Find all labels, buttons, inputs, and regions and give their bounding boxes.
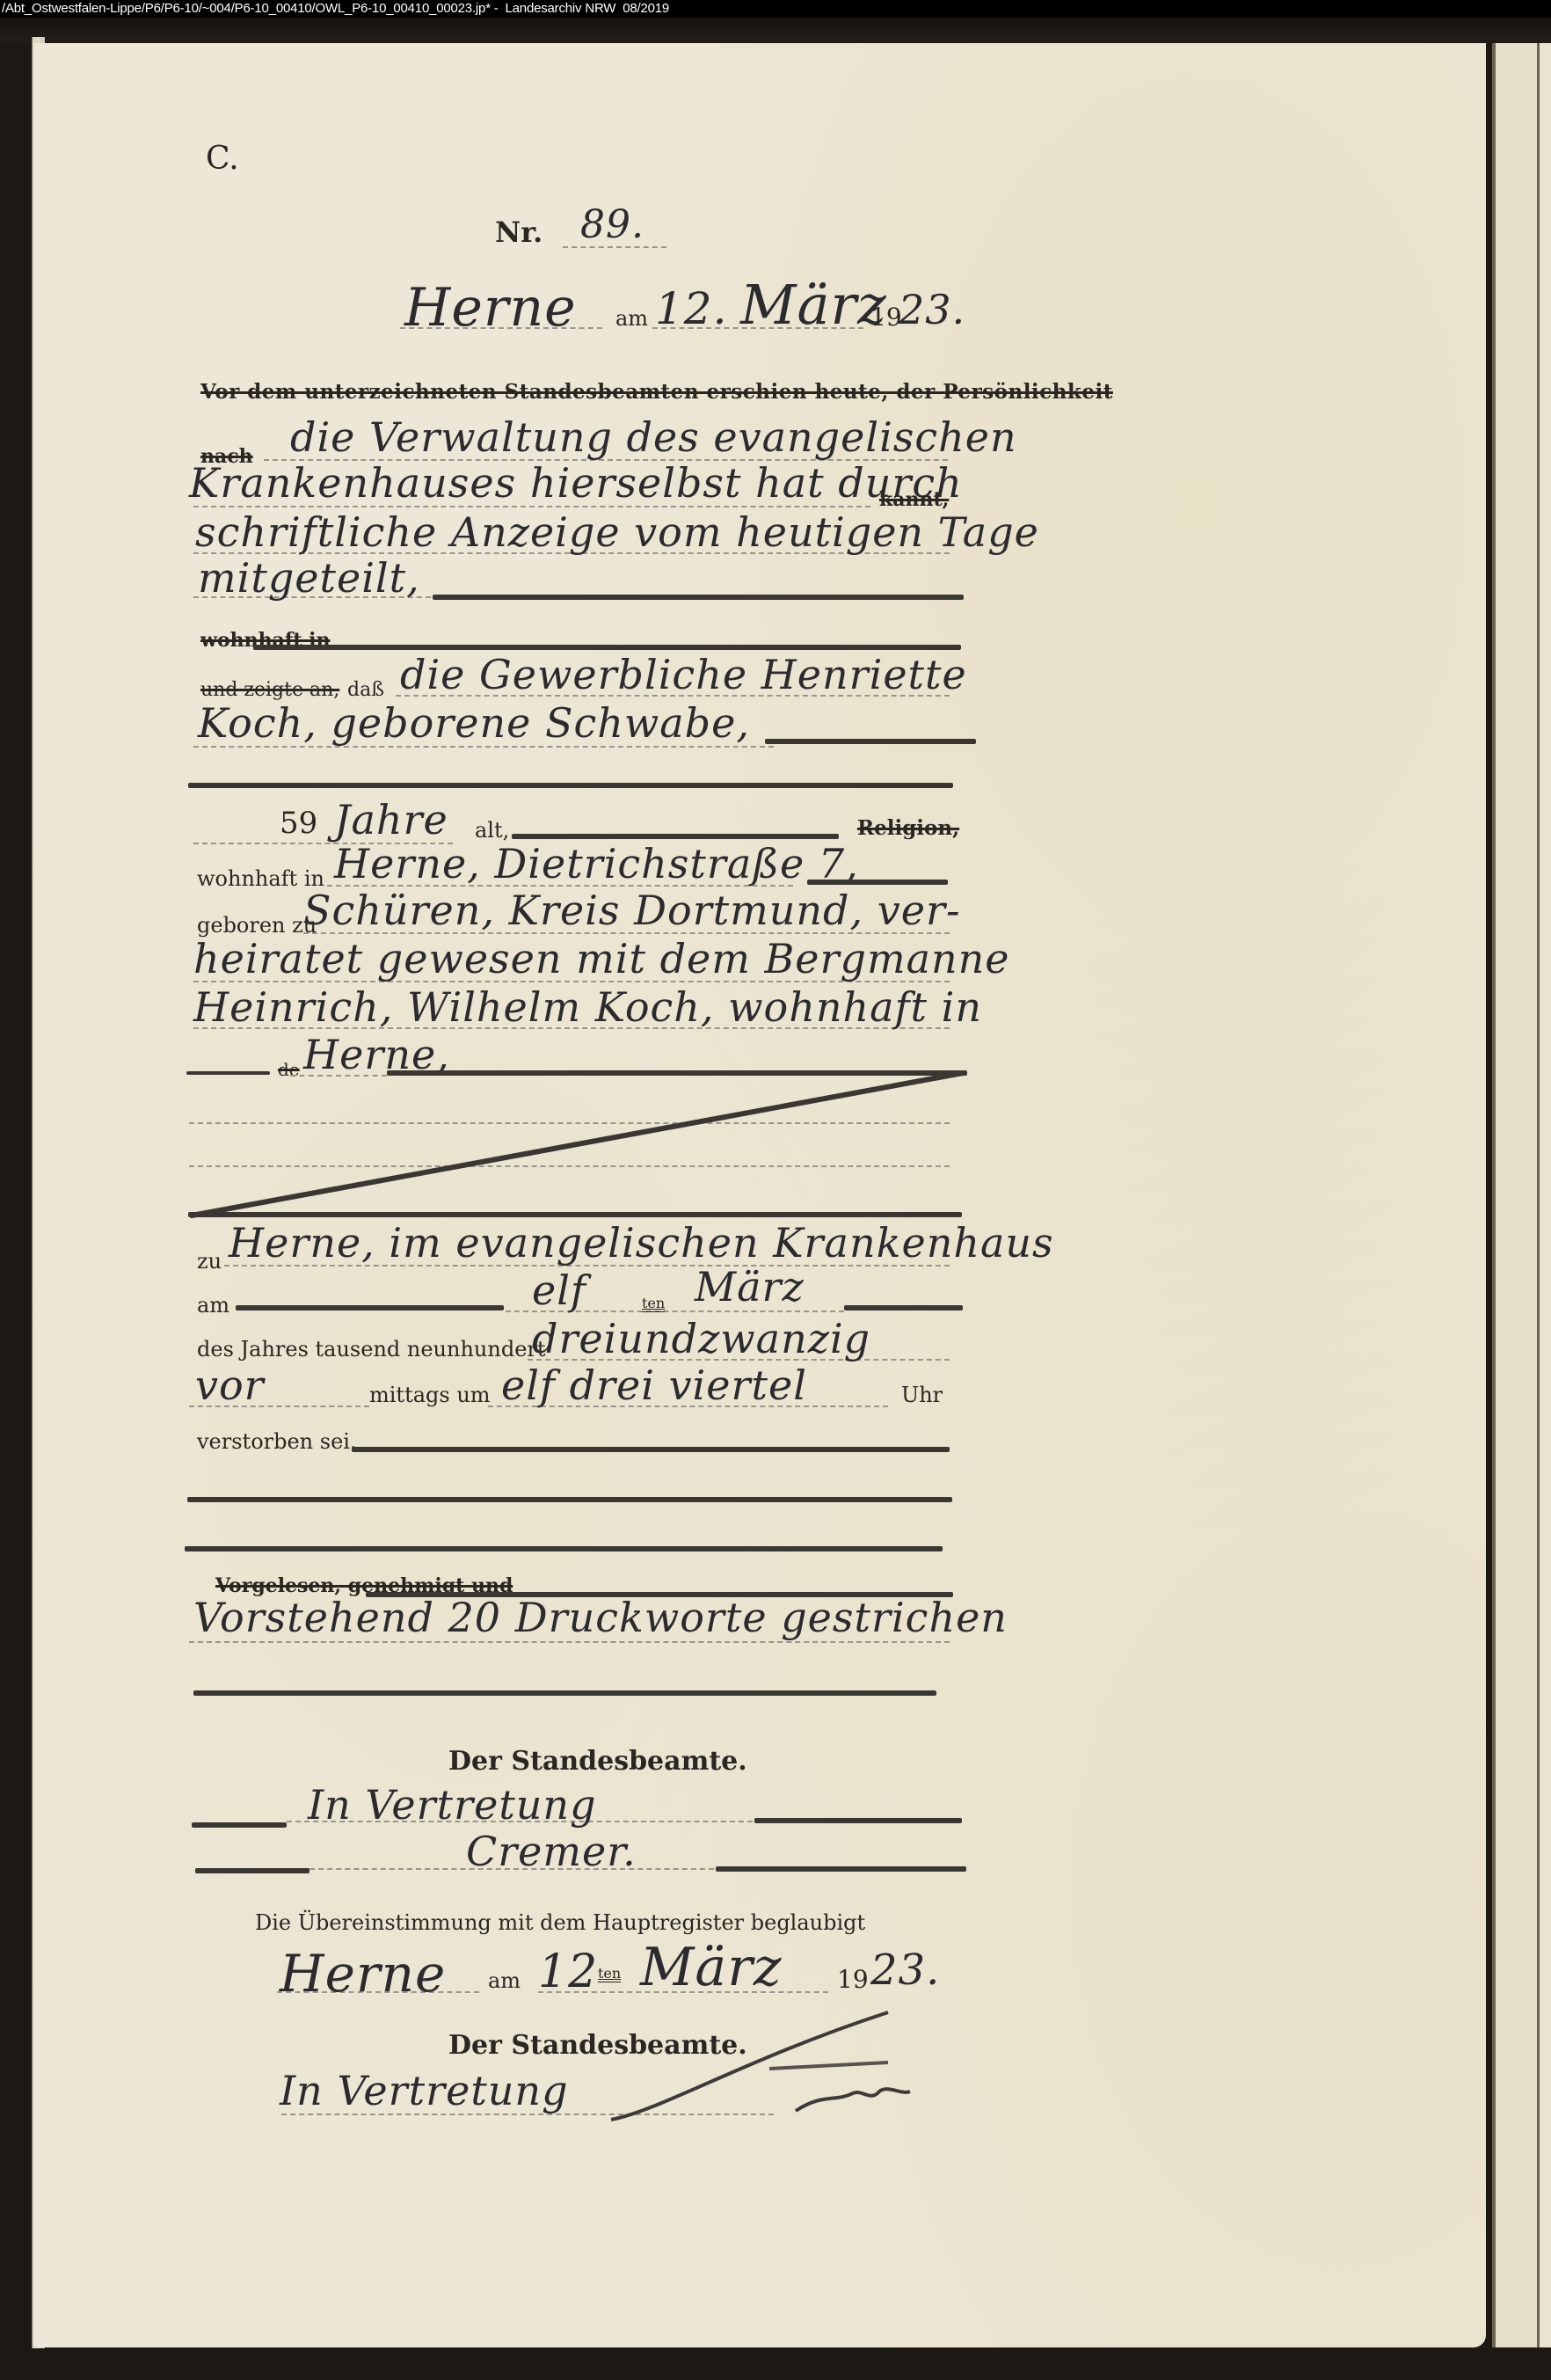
spouse-text-1: heiratet gewesen mit dem Bergmanne — [193, 935, 1009, 982]
year-prefix: 19 — [870, 303, 902, 332]
note-text: Vorstehend 20 Druckworte gestrichen — [193, 1594, 1008, 1641]
year-suffix: 23. — [899, 286, 965, 333]
informant-text-1: die Verwaltung des evangelischen — [290, 413, 1017, 461]
death-month: März — [695, 1263, 805, 1310]
cert-place: Herne — [280, 1944, 446, 2004]
deceased-name: Koch, geborene Schwabe, — [198, 699, 750, 747]
registrar-signature-2: Cremer. — [466, 1828, 637, 1875]
fill-stroke — [195, 1868, 309, 1873]
registrar-signature-1: In Vertretung — [308, 1781, 597, 1829]
fill-stroke — [185, 1546, 943, 1551]
ten-suffix: ten — [642, 1295, 665, 1311]
fill-stroke — [236, 1305, 504, 1310]
registration-month: März — [740, 273, 887, 337]
verstorben-label: verstorben sei. — [197, 1429, 357, 1454]
fill-stroke — [512, 834, 839, 839]
adjacent-page-strip — [1496, 43, 1537, 2347]
fill-stroke — [716, 1866, 966, 1872]
registrar-heading: Der Standesbeamte. — [448, 1746, 747, 1777]
cert-year-suffix: 23. — [870, 1946, 940, 1995]
fill-stroke — [844, 1305, 963, 1310]
death-place-label: zu — [197, 1249, 222, 1274]
fill-stroke — [192, 1822, 287, 1828]
fill-stroke — [188, 783, 953, 788]
cert-year-prefix: 19 — [837, 1965, 869, 1994]
born-value: Schüren, Kreis Dortmund, ver- — [303, 887, 960, 934]
year-words: dreiundzwanzig — [532, 1315, 870, 1362]
fill-stroke — [765, 739, 976, 744]
dass-label: daß — [347, 679, 384, 701]
cert-month: März — [640, 1937, 783, 1998]
fill-stroke — [754, 1818, 962, 1823]
cert-day: 12 — [538, 1946, 598, 1998]
age-value: 59 — [280, 806, 317, 841]
death-place-value: Herne, im evangelischen Krankenhaus — [229, 1219, 1054, 1267]
spouse-text-2: Heinrich, Wilhelm Koch, wohnhaft in — [193, 983, 982, 1031]
time-value: elf drei viertel — [501, 1362, 807, 1409]
residence-value: Herne, Dietrichstraße 7, — [334, 840, 859, 887]
cert-ten-suffix: ten — [598, 1965, 621, 1982]
death-am-label: am — [197, 1293, 229, 1318]
intro-text-struck: Vor dem unterzeichneten Standesbeamten e… — [200, 380, 1113, 404]
fill-stroke — [193, 1690, 936, 1696]
registration-day: 12. — [655, 283, 728, 334]
note-line — [189, 1641, 950, 1643]
religion-struck: Religion, — [857, 816, 959, 840]
record-number: 89. — [580, 202, 644, 247]
certification-text: Die Übereinstimmung mit dem Hauptregiste… — [255, 1910, 865, 1935]
deceased-text-1: die Gewerbliche Henriette — [400, 651, 967, 698]
fill-stroke — [188, 1212, 962, 1217]
fill-stroke — [807, 880, 948, 885]
cert-signature: In Vertretung — [280, 2067, 569, 2114]
date-am-label: am — [615, 306, 648, 331]
mittags-label: mittags um — [369, 1383, 491, 1407]
registration-place: Herne — [404, 277, 577, 339]
cert-am-label: am — [488, 1968, 521, 1993]
informant-text-3: schriftliche Anzeige vom heutigen Tage — [195, 508, 1039, 556]
section-letter: C. — [206, 141, 239, 177]
year-label: des Jahres tausend neunhundert — [197, 1337, 546, 1362]
death-day: elf — [532, 1267, 586, 1314]
fill-stroke — [253, 645, 961, 650]
informant-text-4: mitgeteilt, — [198, 554, 420, 602]
informant-text-2: Krankenhauses hierselbst hat durch — [189, 459, 963, 507]
adjacent-page-strip — [1540, 43, 1551, 2347]
und-zeigte-struck: und zeigte an, — [200, 679, 339, 701]
record-number-label: Nr. — [495, 215, 542, 249]
fill-stroke — [433, 595, 964, 600]
viewer-title-bar: /Abt_Ostwestfalen-Lippe/P6/P6-10/~004/P6… — [0, 0, 1551, 18]
age-label: alt, — [475, 818, 509, 843]
age-unit: Jahre — [334, 796, 448, 843]
uhr-label: Uhr — [901, 1383, 943, 1407]
fill-stroke — [352, 1447, 950, 1452]
born-label: geboren zu — [197, 913, 317, 938]
fill-stroke — [187, 1497, 952, 1502]
vor-value: vor — [195, 1362, 265, 1409]
book-cover-top — [0, 18, 1551, 42]
